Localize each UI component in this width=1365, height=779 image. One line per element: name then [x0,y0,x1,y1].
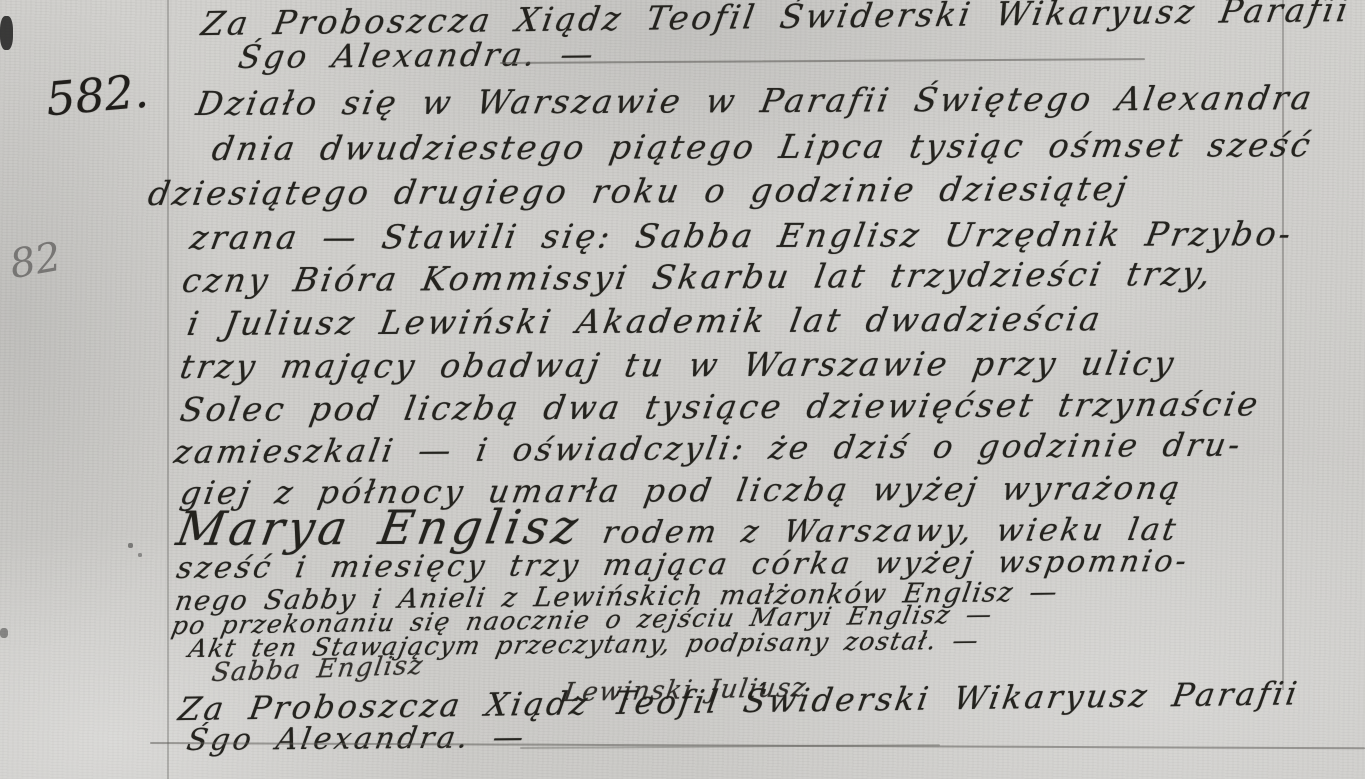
underline-stroke-top [500,58,1145,64]
paper-blemish [138,553,142,557]
signature-sabba-englisz: Sabba Englisz [210,651,426,689]
handwritten-line: dnia dwudziestego piątego Lipca tysiąc o… [209,125,1316,168]
handwritten-line: zamieszkali — i oświadczyli: że dziś o g… [172,426,1246,471]
handwritten-line: dziesiątego drugiego roku o godzinie dzi… [145,169,1132,213]
handwritten-line: Solec pod liczbą dwa tysiące dziewięćset… [177,384,1263,429]
handwritten-line: czny Bióra Kommissyi Skarbu lat trzydzie… [179,254,1216,300]
handwritten-line: zrana — Stawili się: Sabba Englisz Urzęd… [187,214,1296,257]
paper-blemish [0,628,8,638]
column-rule-left [167,0,169,779]
handwritten-line-closing-parish: Śgo Alexandra. — [184,720,529,758]
scanned-register-page: Za Proboszcza Xiądz Teofil Świderski Wik… [0,0,1365,779]
record-number: 582. [44,64,151,127]
handwritten-line-previous-entry-parish: Śgo Alexandra. — [236,35,599,76]
handwritten-line: i Juliusz Lewiński Akademik lat dwadzieś… [184,299,1106,343]
handwritten-line: trzy mający obadwaj tu w Warszawie przy … [177,344,1179,386]
handwritten-line: Działo się w Warszawie w Parafii Święteg… [193,78,1317,123]
paper-blemish [0,16,13,50]
paper-blemish [128,543,133,548]
pencil-annotation: 82 [6,234,64,288]
